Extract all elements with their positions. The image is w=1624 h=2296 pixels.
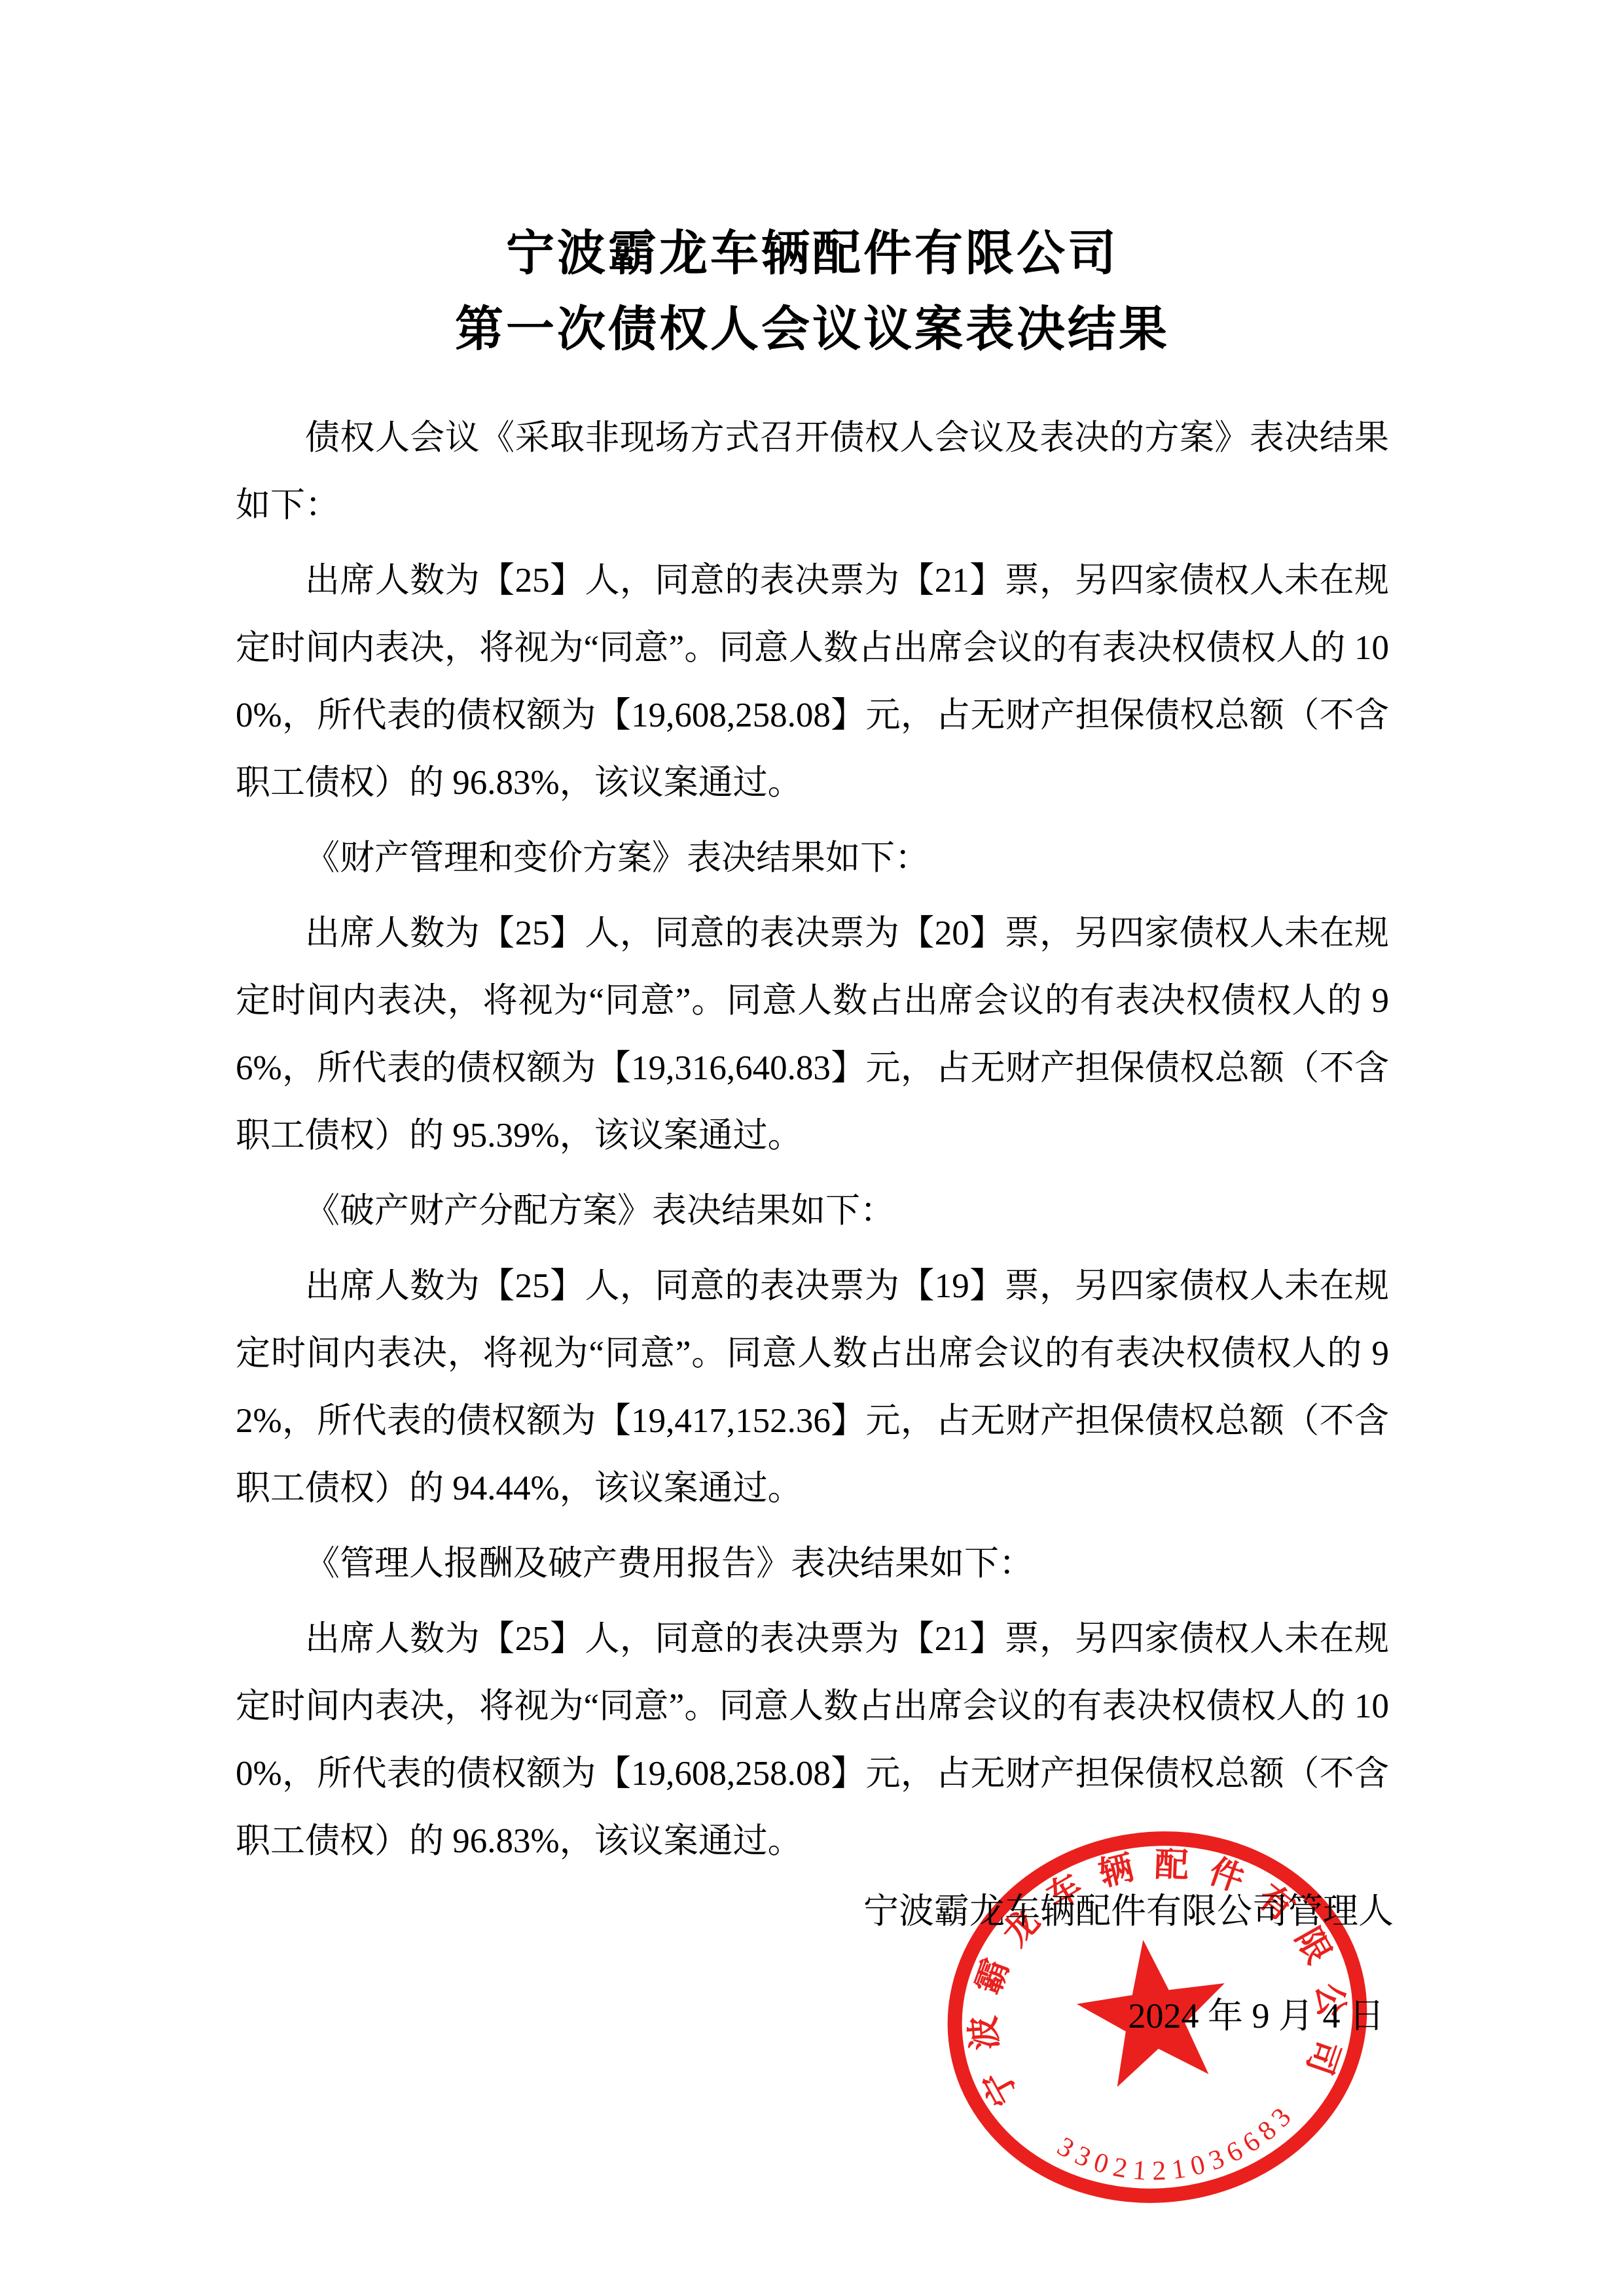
intro-paragraph: 债权人会议《采取非现场方式召开债权人会议及表决的方案》表决结果如下： [236,404,1389,539]
document-content: 宁波霸龙车辆配件有限公司 第一次债权人会议议案表决结果 债权人会议《采取非现场方… [236,216,1389,1883]
document-title-line-2: 第一次债权人会议议案表决结果 [236,292,1389,368]
section-heading-remuneration-report: 《管理人报酬及破产费用报告》表决结果如下： [236,1530,1389,1598]
vote-result-paragraph-1: 出席人数为【25】人，同意的表决票为【21】票，另四家债权人未在规定时间内表决，… [236,547,1389,817]
vote-result-paragraph-3: 出席人数为【25】人，同意的表决票为【19】票，另四家债权人未在规定时间内表决，… [236,1253,1389,1522]
document-title-line-1: 宁波霸龙车辆配件有限公司 [236,216,1389,292]
section-heading-property-plan: 《财产管理和变价方案》表决结果如下： [236,825,1389,892]
date-line: 2024 年 9 月 4 日 [863,1996,1384,2036]
closing-block: 宁波霸龙车辆配件有限公司管理人 2024 年 9 月 4 日 [863,1892,1394,2036]
document-page: 宁波霸龙车辆配件有限公司 第一次债权人会议议案表决结果 债权人会议《采取非现场方… [0,0,1624,2296]
vote-result-paragraph-2: 出席人数为【25】人，同意的表决票为【20】票，另四家债权人未在规定时间内表决，… [236,900,1389,1170]
section-heading-distribution-plan: 《破产财产分配方案》表决结果如下： [236,1177,1389,1245]
signature-line: 宁波霸龙车辆配件有限公司管理人 [863,1892,1394,1931]
